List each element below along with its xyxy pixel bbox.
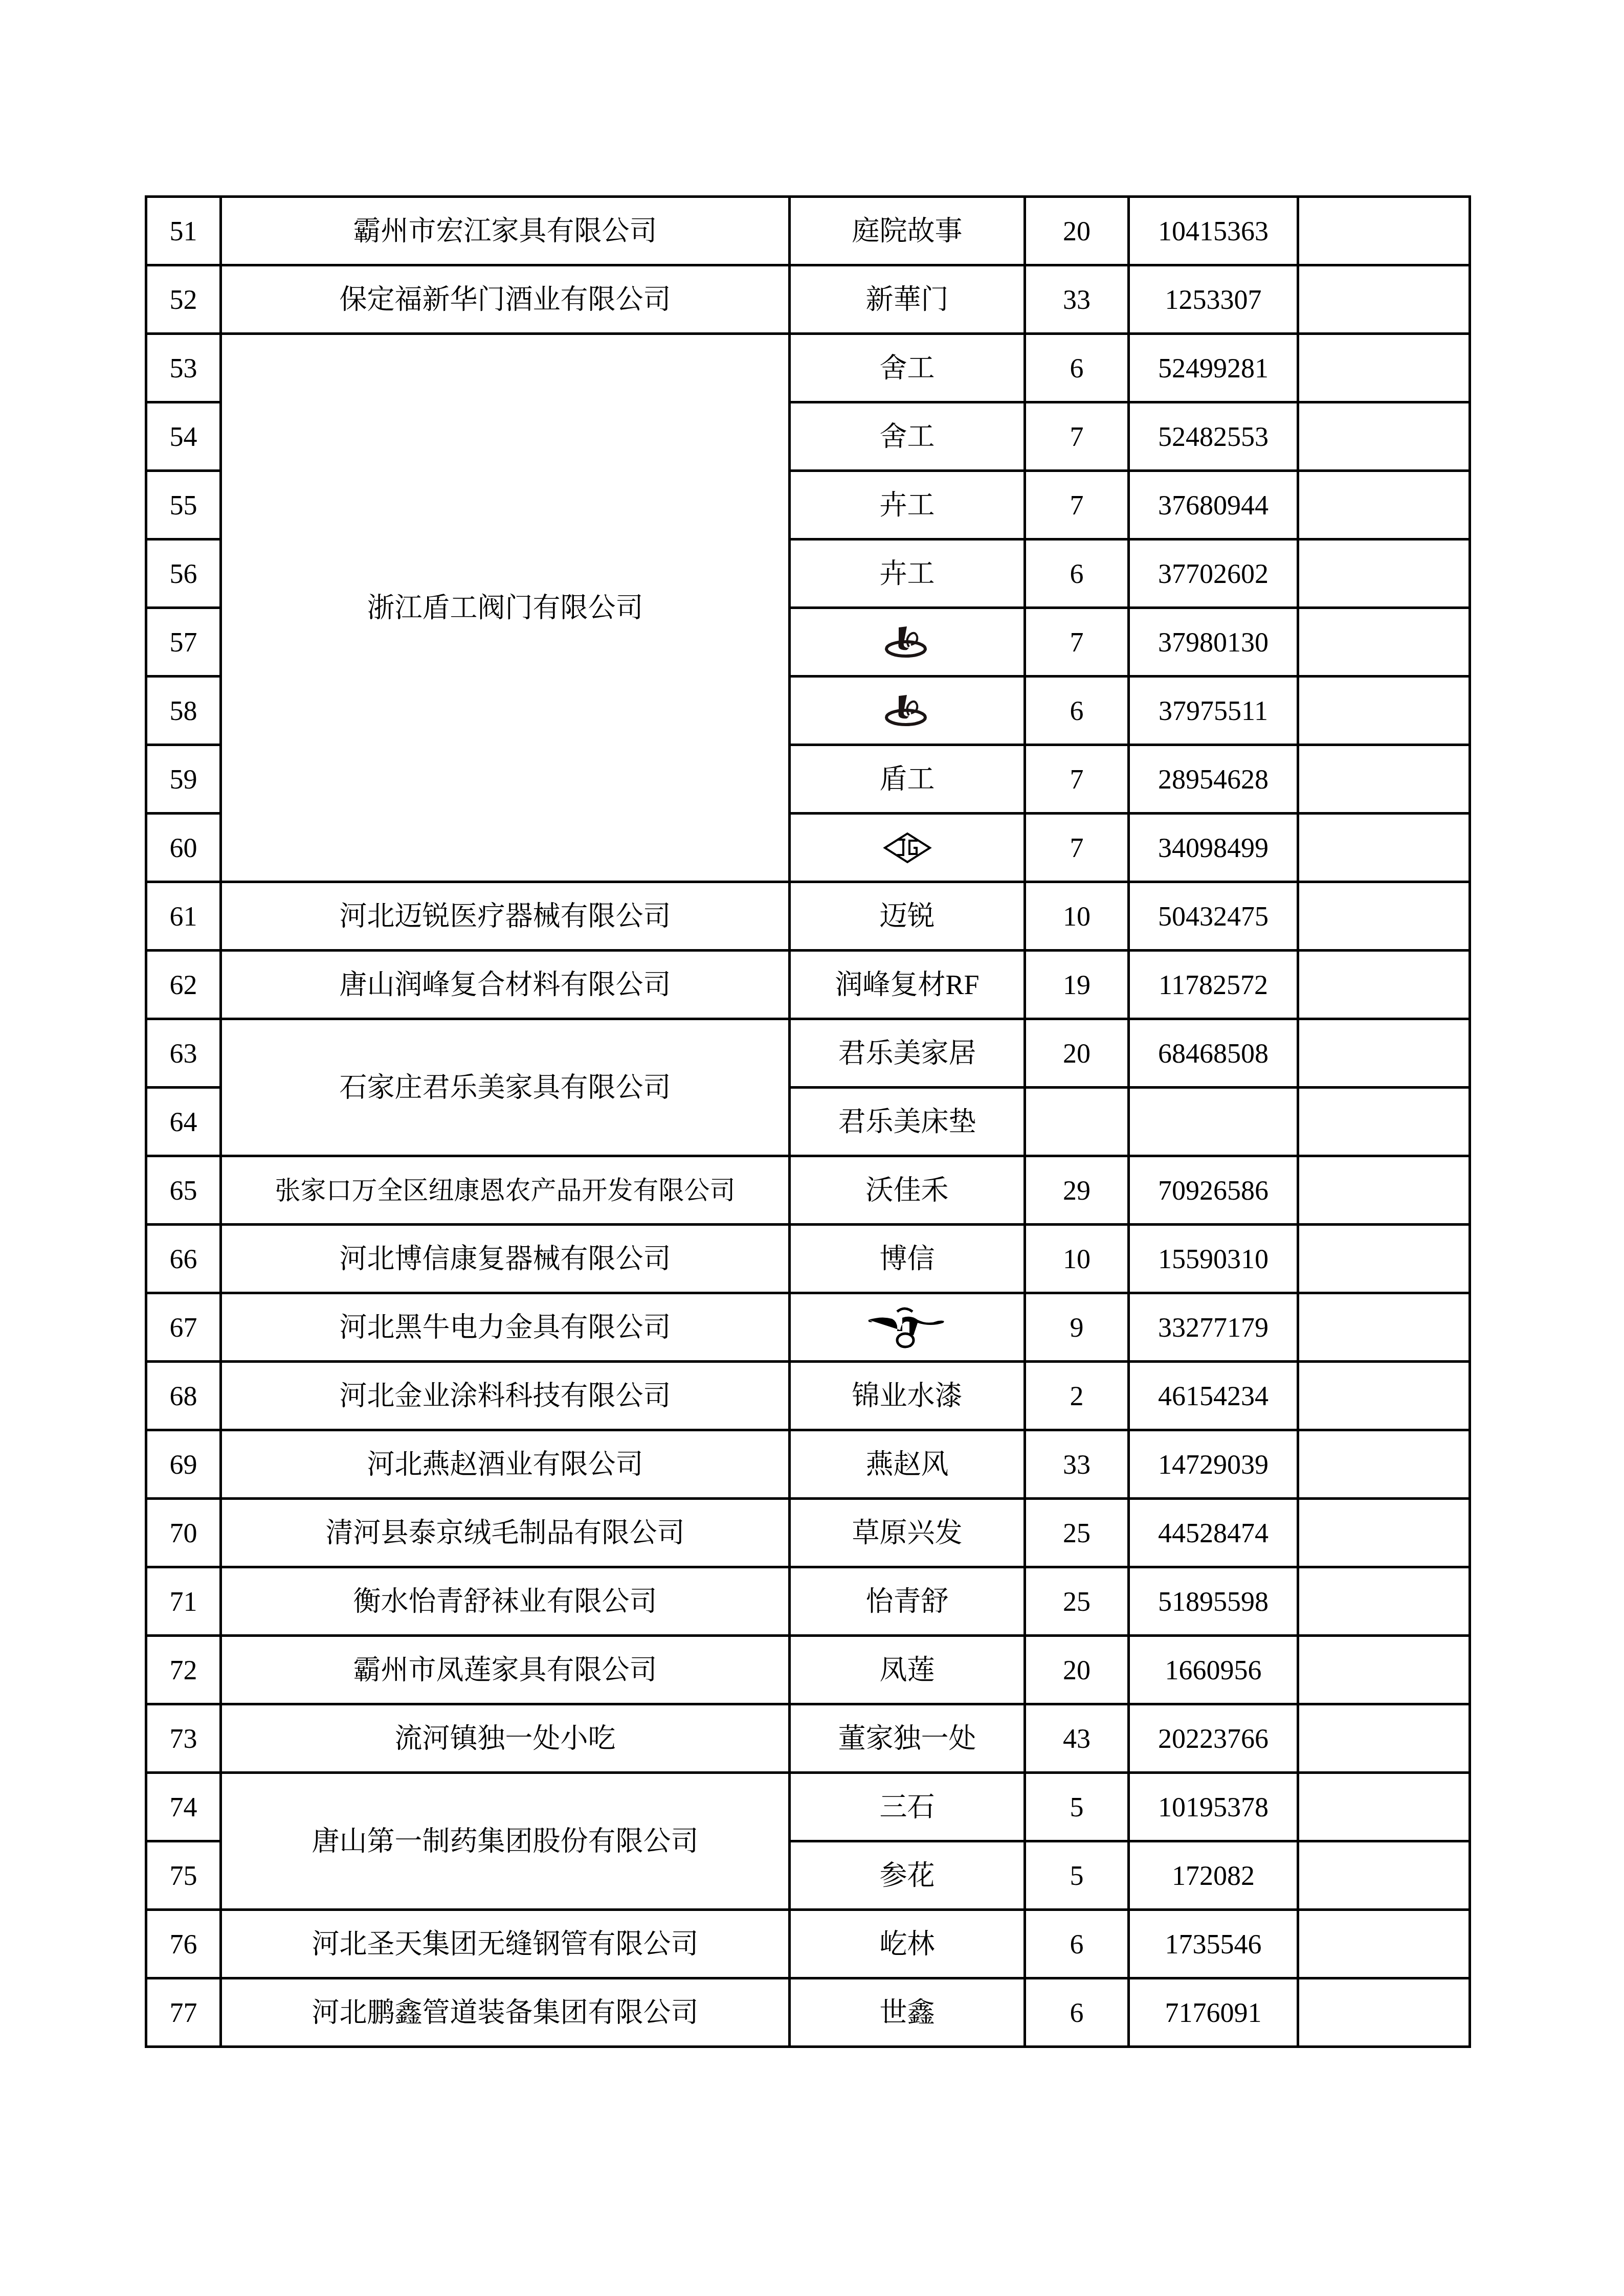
company-name: 河北圣天集团无缝钢管有限公司 [221, 1910, 790, 1978]
company-name: 河北黑牛电力金具有限公司 [221, 1293, 790, 1362]
note [1298, 1156, 1470, 1225]
note [1298, 814, 1470, 882]
note [1298, 402, 1470, 471]
row-number: 72 [146, 1636, 221, 1704]
row-number: 61 [146, 882, 221, 951]
swirl-logo-icon [884, 624, 930, 660]
registration-number: 11782572 [1129, 951, 1298, 1019]
row-number: 76 [146, 1910, 221, 1978]
trademark: 草原兴发 [790, 1499, 1025, 1567]
note [1298, 1978, 1470, 2047]
company-name: 清河县泰京绒毛制品有限公司 [221, 1499, 790, 1567]
note [1298, 882, 1470, 951]
table-row: 67 河北黑牛电力金具有限公司 9 33277179 [146, 1293, 1470, 1362]
row-number: 63 [146, 1019, 221, 1088]
registration-number: 1253307 [1129, 265, 1298, 334]
registration-number: 70926586 [1129, 1156, 1298, 1225]
class: 25 [1025, 1499, 1129, 1567]
trademark: 燕赵风 [790, 1430, 1025, 1499]
registration-number: 37702602 [1129, 539, 1298, 608]
table-row: 74 唐山第一制药集团股份有限公司 三石 5 10195378 [146, 1773, 1470, 1841]
class: 25 [1025, 1567, 1129, 1636]
note [1298, 1567, 1470, 1636]
table-row: 53 浙江盾工阀门有限公司 舍工 6 52499281 [146, 334, 1470, 402]
table-row: 62 唐山润峰复合材料有限公司 润峰复材RF 19 11782572 [146, 951, 1470, 1019]
trademark: 卉工 [790, 471, 1025, 539]
class: 10 [1025, 1225, 1129, 1293]
table-row: 51 霸州市宏江家具有限公司 庭院故事 20 10415363 [146, 197, 1470, 265]
table-row: 73 流河镇独一处小吃 董家独一处 43 20223766 [146, 1704, 1470, 1773]
registration-number: 37680944 [1129, 471, 1298, 539]
registration-number: 44528474 [1129, 1499, 1298, 1567]
registration-number: 10415363 [1129, 197, 1298, 265]
row-number: 54 [146, 402, 221, 471]
class: 7 [1025, 402, 1129, 471]
registration-number: 28954628 [1129, 745, 1298, 814]
company-name: 唐山第一制药集团股份有限公司 [221, 1773, 790, 1910]
registration-number: 34098499 [1129, 814, 1298, 882]
trademark: 屹林 [790, 1910, 1025, 1978]
row-number: 53 [146, 334, 221, 402]
class: 29 [1025, 1156, 1129, 1225]
class: 5 [1025, 1841, 1129, 1910]
note [1298, 1019, 1470, 1088]
company-name: 衡水怡青舒袜业有限公司 [221, 1567, 790, 1636]
row-number: 57 [146, 608, 221, 677]
registration-number: 68468508 [1129, 1019, 1298, 1088]
trademark: 沃佳禾 [790, 1156, 1025, 1225]
class: 33 [1025, 1430, 1129, 1499]
trademark: 君乐美床垫 [790, 1088, 1025, 1156]
registration-number [1129, 1088, 1298, 1156]
class [1025, 1088, 1129, 1156]
table-row: 66 河北博信康复器械有限公司 博信 10 15590310 [146, 1225, 1470, 1293]
class: 10 [1025, 882, 1129, 951]
class: 6 [1025, 334, 1129, 402]
row-number: 62 [146, 951, 221, 1019]
trademark: 凤莲 [790, 1636, 1025, 1704]
class: 2 [1025, 1362, 1129, 1430]
class: 33 [1025, 265, 1129, 334]
note [1298, 677, 1470, 745]
row-number: 74 [146, 1773, 221, 1841]
trademark-logo-cell [790, 1293, 1025, 1362]
note [1298, 745, 1470, 814]
trademark-logo-cell [790, 677, 1025, 745]
note [1298, 1499, 1470, 1567]
trademark-logo-cell [790, 608, 1025, 677]
company-name: 河北鹏鑫管道装备集团有限公司 [221, 1978, 790, 2047]
trademark: 迈锐 [790, 882, 1025, 951]
table-row: 63 石家庄君乐美家具有限公司 君乐美家居 20 68468508 [146, 1019, 1470, 1088]
company-name: 张家口万全区纽康恩农产品开发有限公司 [221, 1156, 790, 1225]
class: 6 [1025, 1910, 1129, 1978]
class: 6 [1025, 539, 1129, 608]
note [1298, 1704, 1470, 1773]
table-row: 52 保定福新华门酒业有限公司 新華门 33 1253307 [146, 265, 1470, 334]
class: 20 [1025, 1019, 1129, 1088]
registration-number: 52482553 [1129, 402, 1298, 471]
row-number: 60 [146, 814, 221, 882]
class: 20 [1025, 1636, 1129, 1704]
row-number: 65 [146, 1156, 221, 1225]
registration-number: 33277179 [1129, 1293, 1298, 1362]
class: 19 [1025, 951, 1129, 1019]
registration-number: 20223766 [1129, 1704, 1298, 1773]
swirl-logo-icon [884, 693, 930, 729]
trademark: 博信 [790, 1225, 1025, 1293]
row-number: 77 [146, 1978, 221, 2047]
note [1298, 1225, 1470, 1293]
table-row: 61 河北迈锐医疗器械有限公司 迈锐 10 50432475 [146, 882, 1470, 951]
bull-horns-logo-icon [866, 1304, 948, 1350]
row-number: 52 [146, 265, 221, 334]
row-number: 64 [146, 1088, 221, 1156]
trademark-table: 51 霸州市宏江家具有限公司 庭院故事 20 10415363 52 保定福新华… [145, 195, 1471, 2048]
company-name: 河北博信康复器械有限公司 [221, 1225, 790, 1293]
note [1298, 265, 1470, 334]
note [1298, 471, 1470, 539]
company-name: 石家庄君乐美家具有限公司 [221, 1019, 790, 1156]
note [1298, 1773, 1470, 1841]
registration-number: 1735546 [1129, 1910, 1298, 1978]
trademark: 君乐美家居 [790, 1019, 1025, 1088]
row-number: 55 [146, 471, 221, 539]
class: 9 [1025, 1293, 1129, 1362]
note [1298, 1362, 1470, 1430]
class: 20 [1025, 197, 1129, 265]
row-number: 69 [146, 1430, 221, 1499]
class: 7 [1025, 814, 1129, 882]
note [1298, 1088, 1470, 1156]
row-number: 58 [146, 677, 221, 745]
trademark: 盾工 [790, 745, 1025, 814]
company-name: 流河镇独一处小吃 [221, 1704, 790, 1773]
trademark: 三石 [790, 1773, 1025, 1841]
company-name: 保定福新华门酒业有限公司 [221, 265, 790, 334]
registration-number: 7176091 [1129, 1978, 1298, 2047]
note [1298, 197, 1470, 265]
registration-number: 52499281 [1129, 334, 1298, 402]
trademark: 舍工 [790, 334, 1025, 402]
row-number: 66 [146, 1225, 221, 1293]
registration-number: 46154234 [1129, 1362, 1298, 1430]
company-name: 河北迈锐医疗器械有限公司 [221, 882, 790, 951]
jg-diamond-logo-icon [883, 831, 932, 864]
note [1298, 951, 1470, 1019]
registration-number: 172082 [1129, 1841, 1298, 1910]
class: 43 [1025, 1704, 1129, 1773]
class: 7 [1025, 471, 1129, 539]
table-row: 65 张家口万全区纽康恩农产品开发有限公司 沃佳禾 29 70926586 [146, 1156, 1470, 1225]
class: 7 [1025, 608, 1129, 677]
registration-number: 37975511 [1129, 677, 1298, 745]
note [1298, 1910, 1470, 1978]
row-number: 73 [146, 1704, 221, 1773]
note [1298, 539, 1470, 608]
note [1298, 334, 1470, 402]
trademark: 新華门 [790, 265, 1025, 334]
company-name: 霸州市凤莲家具有限公司 [221, 1636, 790, 1704]
registration-number: 15590310 [1129, 1225, 1298, 1293]
company-name: 霸州市宏江家具有限公司 [221, 197, 790, 265]
registration-number: 14729039 [1129, 1430, 1298, 1499]
table-row: 69 河北燕赵酒业有限公司 燕赵风 33 14729039 [146, 1430, 1470, 1499]
company-name: 唐山润峰复合材料有限公司 [221, 951, 790, 1019]
note [1298, 1841, 1470, 1910]
trademark: 锦业水漆 [790, 1362, 1025, 1430]
company-name: 河北金业涂料科技有限公司 [221, 1362, 790, 1430]
trademark: 怡青舒 [790, 1567, 1025, 1636]
trademark-logo-cell [790, 814, 1025, 882]
row-number: 70 [146, 1499, 221, 1567]
trademark: 庭院故事 [790, 197, 1025, 265]
company-name: 浙江盾工阀门有限公司 [221, 334, 790, 882]
row-number: 56 [146, 539, 221, 608]
row-number: 71 [146, 1567, 221, 1636]
note [1298, 1293, 1470, 1362]
row-number: 59 [146, 745, 221, 814]
table-row: 68 河北金业涂料科技有限公司 锦业水漆 2 46154234 [146, 1362, 1470, 1430]
row-number: 67 [146, 1293, 221, 1362]
row-number: 51 [146, 197, 221, 265]
registration-number: 1660956 [1129, 1636, 1298, 1704]
trademark: 润峰复材RF [790, 951, 1025, 1019]
note [1298, 1430, 1470, 1499]
class: 6 [1025, 1978, 1129, 2047]
registration-number: 51895598 [1129, 1567, 1298, 1636]
table-row: 77 河北鹏鑫管道装备集团有限公司 世鑫 6 7176091 [146, 1978, 1470, 2047]
table-row: 76 河北圣天集团无缝钢管有限公司 屹林 6 1735546 [146, 1910, 1470, 1978]
class: 7 [1025, 745, 1129, 814]
table-row: 70 清河县泰京绒毛制品有限公司 草原兴发 25 44528474 [146, 1499, 1470, 1567]
row-number: 68 [146, 1362, 221, 1430]
trademark: 舍工 [790, 402, 1025, 471]
trademark: 董家独一处 [790, 1704, 1025, 1773]
registration-number: 50432475 [1129, 882, 1298, 951]
class: 6 [1025, 677, 1129, 745]
row-number: 75 [146, 1841, 221, 1910]
trademark: 世鑫 [790, 1978, 1025, 2047]
table-row: 72 霸州市凤莲家具有限公司 凤莲 20 1660956 [146, 1636, 1470, 1704]
trademark: 卉工 [790, 539, 1025, 608]
registration-number: 10195378 [1129, 1773, 1298, 1841]
note [1298, 608, 1470, 677]
company-name: 河北燕赵酒业有限公司 [221, 1430, 790, 1499]
registration-number: 37980130 [1129, 608, 1298, 677]
class: 5 [1025, 1773, 1129, 1841]
note [1298, 1636, 1470, 1704]
table-row: 71 衡水怡青舒袜业有限公司 怡青舒 25 51895598 [146, 1567, 1470, 1636]
trademark: 参花 [790, 1841, 1025, 1910]
